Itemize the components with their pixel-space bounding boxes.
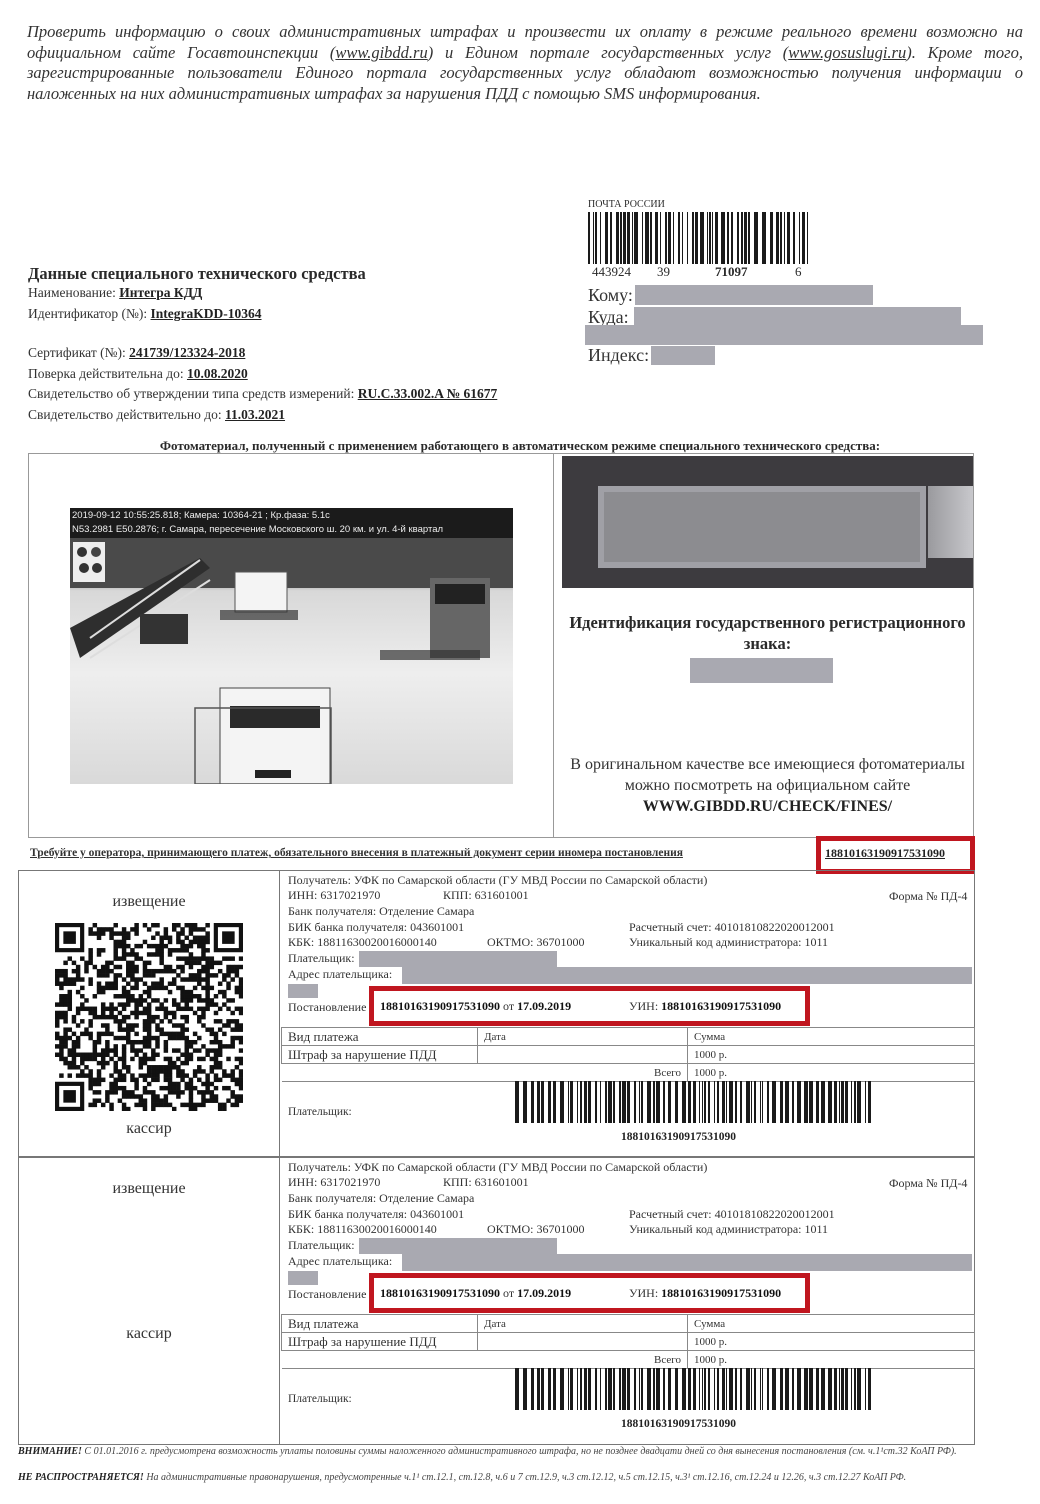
payer-sign-label: Плательщик: xyxy=(288,1106,352,1118)
receipt-body: Получатель: УФК по Самарской области (ГУ… xyxy=(281,1158,975,1444)
total-value: 1000 р. xyxy=(688,1351,975,1369)
postal-code: 443924 39 71097 6 xyxy=(592,264,822,280)
payer-address-label: Адрес плательщика: xyxy=(288,967,392,982)
receipt-body: Получатель: УФК по Самарской области (ГУ… xyxy=(281,871,975,1156)
payer-address-redacted-2 xyxy=(288,1271,318,1285)
verification-field: Поверка действительна до: 10.08.2020 xyxy=(28,366,248,382)
camera-overlay: 2019-09-12 10:55:25.818; Камера: 10364-2… xyxy=(70,508,513,538)
intro-paragraph: Проверить информацию о своих администрат… xyxy=(27,22,1023,104)
barcode-number: 18810163190917531090 xyxy=(621,1418,736,1430)
payment-amount: 1000 р. xyxy=(688,1046,975,1064)
payer-address-redacted xyxy=(402,967,972,984)
payment-form-pd4: извещение кассир Получатель: УФК по Сама… xyxy=(18,870,975,1157)
operator-requirement: Требуйте у оператора, принимающего плате… xyxy=(30,847,683,859)
decree-info: 18810163190917531090 от 17.09.2019 xyxy=(380,999,571,1014)
cashier-label: кассир xyxy=(19,1325,279,1343)
addressee-label: Кому: xyxy=(588,285,633,306)
admin-code: Уникальный код администратора: 1011 xyxy=(629,1222,828,1237)
photo-caption: Фотоматериал, полученный с применением р… xyxy=(0,438,1040,454)
bank: Банк получателя: Отделение Самара xyxy=(288,1191,474,1206)
payment-form-pd4: извещение кассир Получатель: УФК по Сама… xyxy=(18,1157,975,1445)
form-stub: извещение кассир xyxy=(19,1158,280,1444)
payer-address-redacted xyxy=(402,1254,972,1271)
account: Расчетный счет: 40101810822020012001 xyxy=(629,920,835,935)
cashier-label: кассир xyxy=(19,1120,279,1138)
oktmo: ОКТМО: 36701000 xyxy=(487,935,585,950)
device-name-field: Наименование: Интегра КДД xyxy=(28,285,202,301)
admin-code: Уникальный код администратора: 1011 xyxy=(629,935,828,950)
col-header: Дата xyxy=(478,1028,688,1046)
inn: ИНН: 6317021970 xyxy=(288,1175,380,1190)
address-redacted-line2 xyxy=(585,325,983,345)
bik: БИК банка получателя: 043601001 xyxy=(288,1207,464,1222)
uin-info: УИН: 18810163190917531090 xyxy=(629,999,781,1014)
payer-sign-label: Плательщик: xyxy=(288,1393,352,1405)
postal-label: ПОЧТА РОССИИ xyxy=(588,199,665,210)
certificate-field: Сертификат (№): 241739/123324-2018 xyxy=(28,345,245,361)
qr-code xyxy=(55,923,243,1111)
col-header: Сумма xyxy=(688,1028,975,1046)
payment-barcode xyxy=(515,1081,877,1123)
kpp: КПП: 631601001 xyxy=(443,1175,529,1190)
payment-date xyxy=(478,1333,688,1351)
traffic-scene xyxy=(70,538,513,784)
index-redacted xyxy=(651,346,715,365)
barcode-number: 18810163190917531090 xyxy=(621,1131,736,1143)
postal-barcode xyxy=(588,212,813,264)
decree-info: 18810163190917531090 от 17.09.2019 xyxy=(380,1286,571,1301)
col-header: Вид платежа xyxy=(282,1315,478,1333)
decree-label: Постановление xyxy=(288,1287,366,1302)
device-id-field: Идентификатор (№): IntegraKDD-10364 xyxy=(28,306,262,322)
gibdd-link[interactable]: www.gibdd.ru xyxy=(335,43,427,62)
uin-info: УИН: 18810163190917531090 xyxy=(629,1286,781,1301)
total-label: Всего xyxy=(282,1064,688,1082)
intro-text: ) и Едином портале государственных услуг… xyxy=(428,43,789,62)
plate-redacted xyxy=(928,486,973,558)
payment-table: Вид платежа Дата Сумма Штраф за нарушени… xyxy=(281,1314,975,1369)
kbk: КБК: 18811630020016000140 xyxy=(288,935,437,950)
device-section-title: Данные специального технического средств… xyxy=(28,264,366,284)
payer-label: Плательщик: xyxy=(288,951,355,966)
payment-amount: 1000 р. xyxy=(688,1333,975,1351)
payment-type: Штраф за нарушение ПДД xyxy=(282,1046,478,1064)
form-number: Форма № ПД-4 xyxy=(889,1176,967,1191)
plate-number-redacted xyxy=(690,658,833,683)
addressee-redacted xyxy=(635,285,873,305)
divider xyxy=(553,454,554,838)
approval-valid-field: Свидетельство действительно до: 11.03.20… xyxy=(28,407,285,423)
notice-label: извещение xyxy=(19,1180,279,1198)
col-header: Сумма xyxy=(688,1315,975,1333)
exclusion-notice: НЕ РАСПРОСТРАНЯЕТСЯ! На административные… xyxy=(18,1472,1033,1484)
payer-label: Плательщик: xyxy=(288,1238,355,1253)
payer-address-redacted-2 xyxy=(288,984,318,998)
payment-date xyxy=(478,1046,688,1064)
camera-photo: 2019-09-12 10:55:25.818; Камера: 10364-2… xyxy=(70,508,513,784)
payment-barcode xyxy=(515,1368,877,1410)
col-header: Вид платежа xyxy=(282,1028,478,1046)
bank: Банк получателя: Отделение Самара xyxy=(288,904,474,919)
check-fines-url[interactable]: WWW.GIBDD.RU/CHECK/FINES/ xyxy=(562,796,973,817)
inn: ИНН: 6317021970 xyxy=(288,888,380,903)
form-number: Форма № ПД-4 xyxy=(889,889,967,904)
bik: БИК банка получателя: 043601001 xyxy=(288,920,464,935)
plate-photo xyxy=(562,456,973,588)
kbk: КБК: 18811630020016000140 xyxy=(288,1222,437,1237)
payment-type: Штраф за нарушение ПДД xyxy=(282,1333,478,1351)
oktmo: ОКТМО: 36701000 xyxy=(487,1222,585,1237)
recipient: Получатель: УФК по Самарской области (ГУ… xyxy=(288,873,707,888)
notice-label: извещение xyxy=(19,893,279,911)
half-payment-notice: ВНИМАНИЕ! С 01.01.2016 г. предусмотрена … xyxy=(18,1446,1033,1458)
payment-table: Вид платежа Дата Сумма Штраф за нарушени… xyxy=(281,1027,975,1082)
index-label: Индекс: xyxy=(588,345,649,366)
decree-number: 18810163190917531090 xyxy=(825,846,945,861)
plate-redacted xyxy=(598,486,926,568)
payer-redacted xyxy=(359,1238,557,1254)
type-approval-field: Свидетельство об утверждении типа средст… xyxy=(28,386,497,402)
gosuslugi-link[interactable]: www.gosuslugi.ru xyxy=(788,43,906,62)
payer-redacted xyxy=(359,951,557,967)
plate-ident-title: Идентификация государственного регистрац… xyxy=(562,612,973,654)
decree-label: Постановление xyxy=(288,1000,366,1015)
col-header: Дата xyxy=(478,1315,688,1333)
original-photos-note: В оригинальном качестве все имеющиеся фо… xyxy=(562,754,973,817)
form-stub: извещение кассир xyxy=(19,871,280,1156)
total-label: Всего xyxy=(282,1351,688,1369)
account: Расчетный счет: 40101810822020012001 xyxy=(629,1207,835,1222)
kpp: КПП: 631601001 xyxy=(443,888,529,903)
payer-address-label: Адрес плательщика: xyxy=(288,1254,392,1269)
address-redacted xyxy=(634,307,961,327)
total-value: 1000 р. xyxy=(688,1064,975,1082)
recipient: Получатель: УФК по Самарской области (ГУ… xyxy=(288,1160,707,1175)
